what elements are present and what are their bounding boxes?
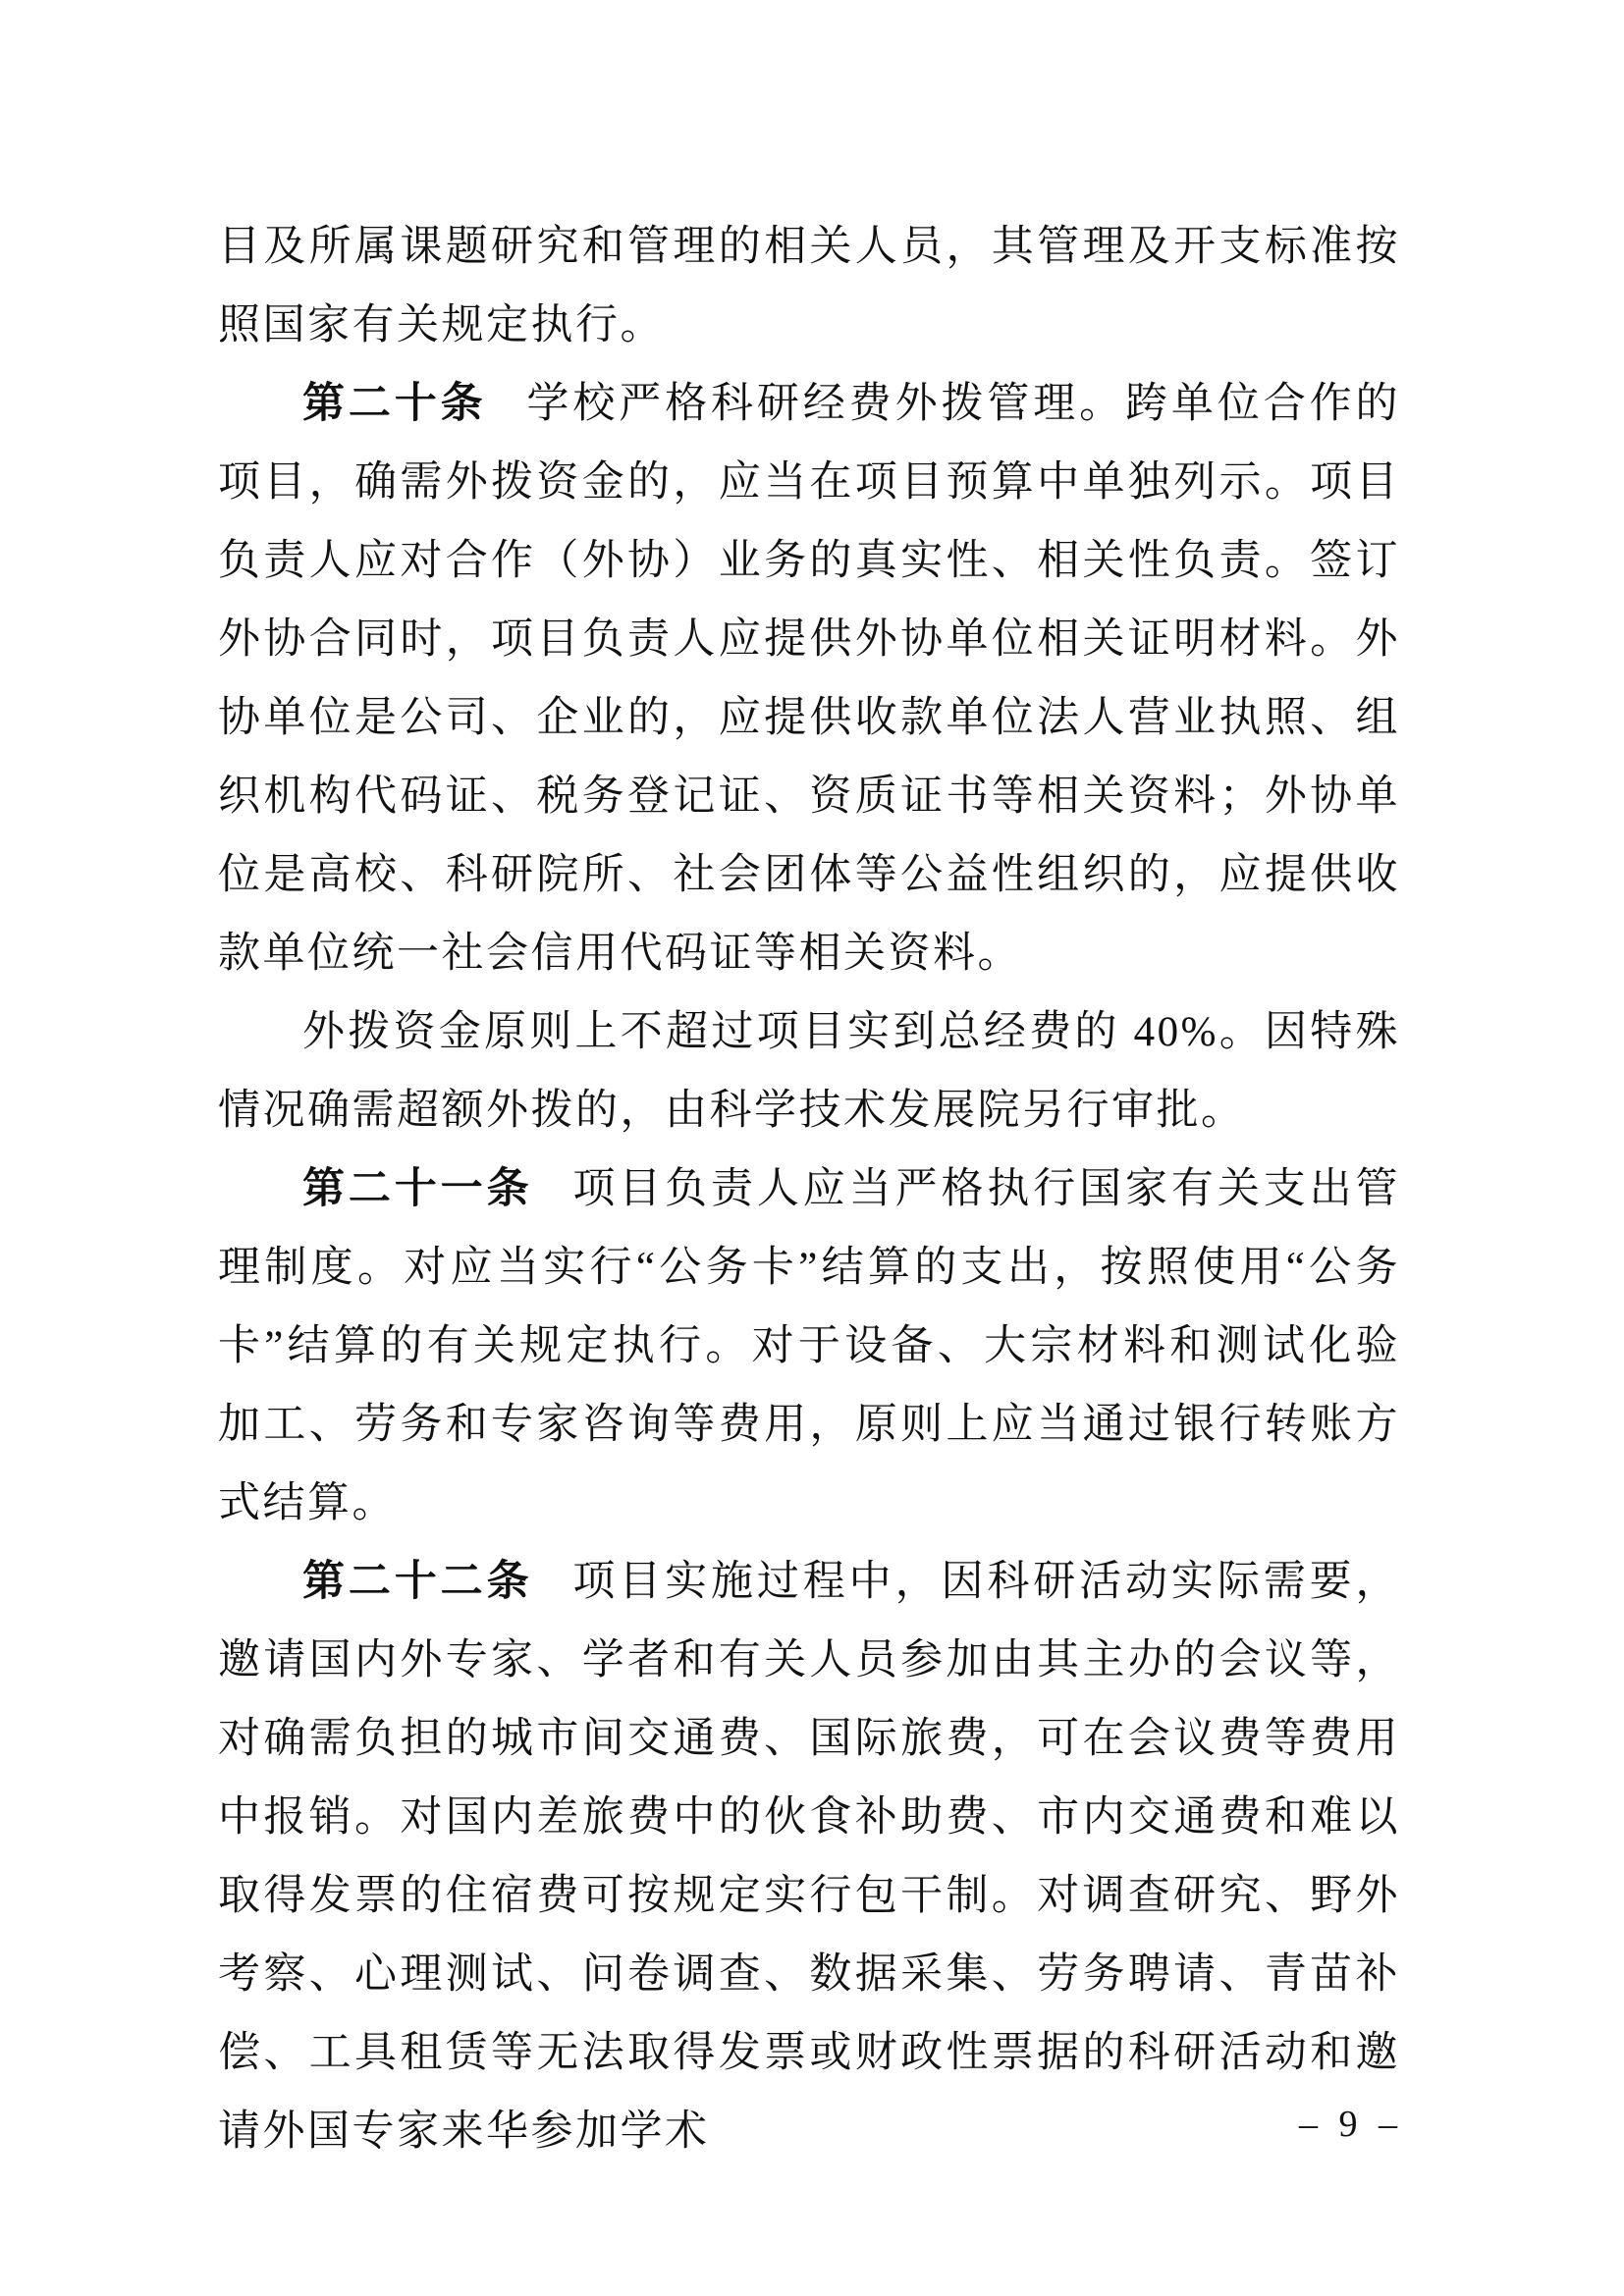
paragraph-text: 外拨资金原则上不超过项目实到总经费的 40%。因特殊情况确需超额外拨的，由科学技…: [218, 1009, 1400, 1134]
paragraph-article-22: 第二十二条项目实施过程中，因科研活动实际需要，邀请国内外专家、学者和有关人员参加…: [218, 1543, 1400, 2171]
paragraph-text: 目及所属课题研究和管理的相关人员，其管理及开支标准按照国家有关规定执行。: [218, 224, 1400, 348]
paragraph-article-21: 第二十一条项目负责人应当严格执行国家有关支出管理制度。对应当实行“公务卡”结算的…: [218, 1150, 1400, 1543]
paragraph-article-20: 第二十条学校严格科研经费外拨管理。跨单位合作的项目，确需外拨资金的，应当在项目预…: [218, 365, 1400, 993]
paragraph-continuation: 目及所属课题研究和管理的相关人员，其管理及开支标准按照国家有关规定执行。: [218, 208, 1400, 365]
paragraph-text: 项目实施过程中，因科研活动实际需要，邀请国内外专家、学者和有关人员参加由其主办的…: [218, 1559, 1400, 2155]
article-number: 第二十条: [302, 381, 487, 427]
document-page: 目及所属课题研究和管理的相关人员，其管理及开支标准按照国家有关规定执行。 第二十…: [0, 0, 1624, 2296]
page-number: – 9 –: [1299, 2103, 1403, 2146]
document-body: 目及所属课题研究和管理的相关人员，其管理及开支标准按照国家有关规定执行。 第二十…: [218, 208, 1400, 2171]
article-number: 第二十一条: [302, 1166, 532, 1212]
paragraph-outbound-funds: 外拨资金原则上不超过项目实到总经费的 40%。因特殊情况确需超额外拨的，由科学技…: [218, 993, 1400, 1150]
article-number: 第二十二条: [302, 1559, 532, 1605]
paragraph-text: 项目负责人应当严格执行国家有关支出管理制度。对应当实行“公务卡”结算的支出，按照…: [218, 1166, 1400, 1526]
paragraph-text: 学校严格科研经费外拨管理。跨单位合作的项目，确需外拨资金的，应当在项目预算中单独…: [218, 381, 1400, 977]
